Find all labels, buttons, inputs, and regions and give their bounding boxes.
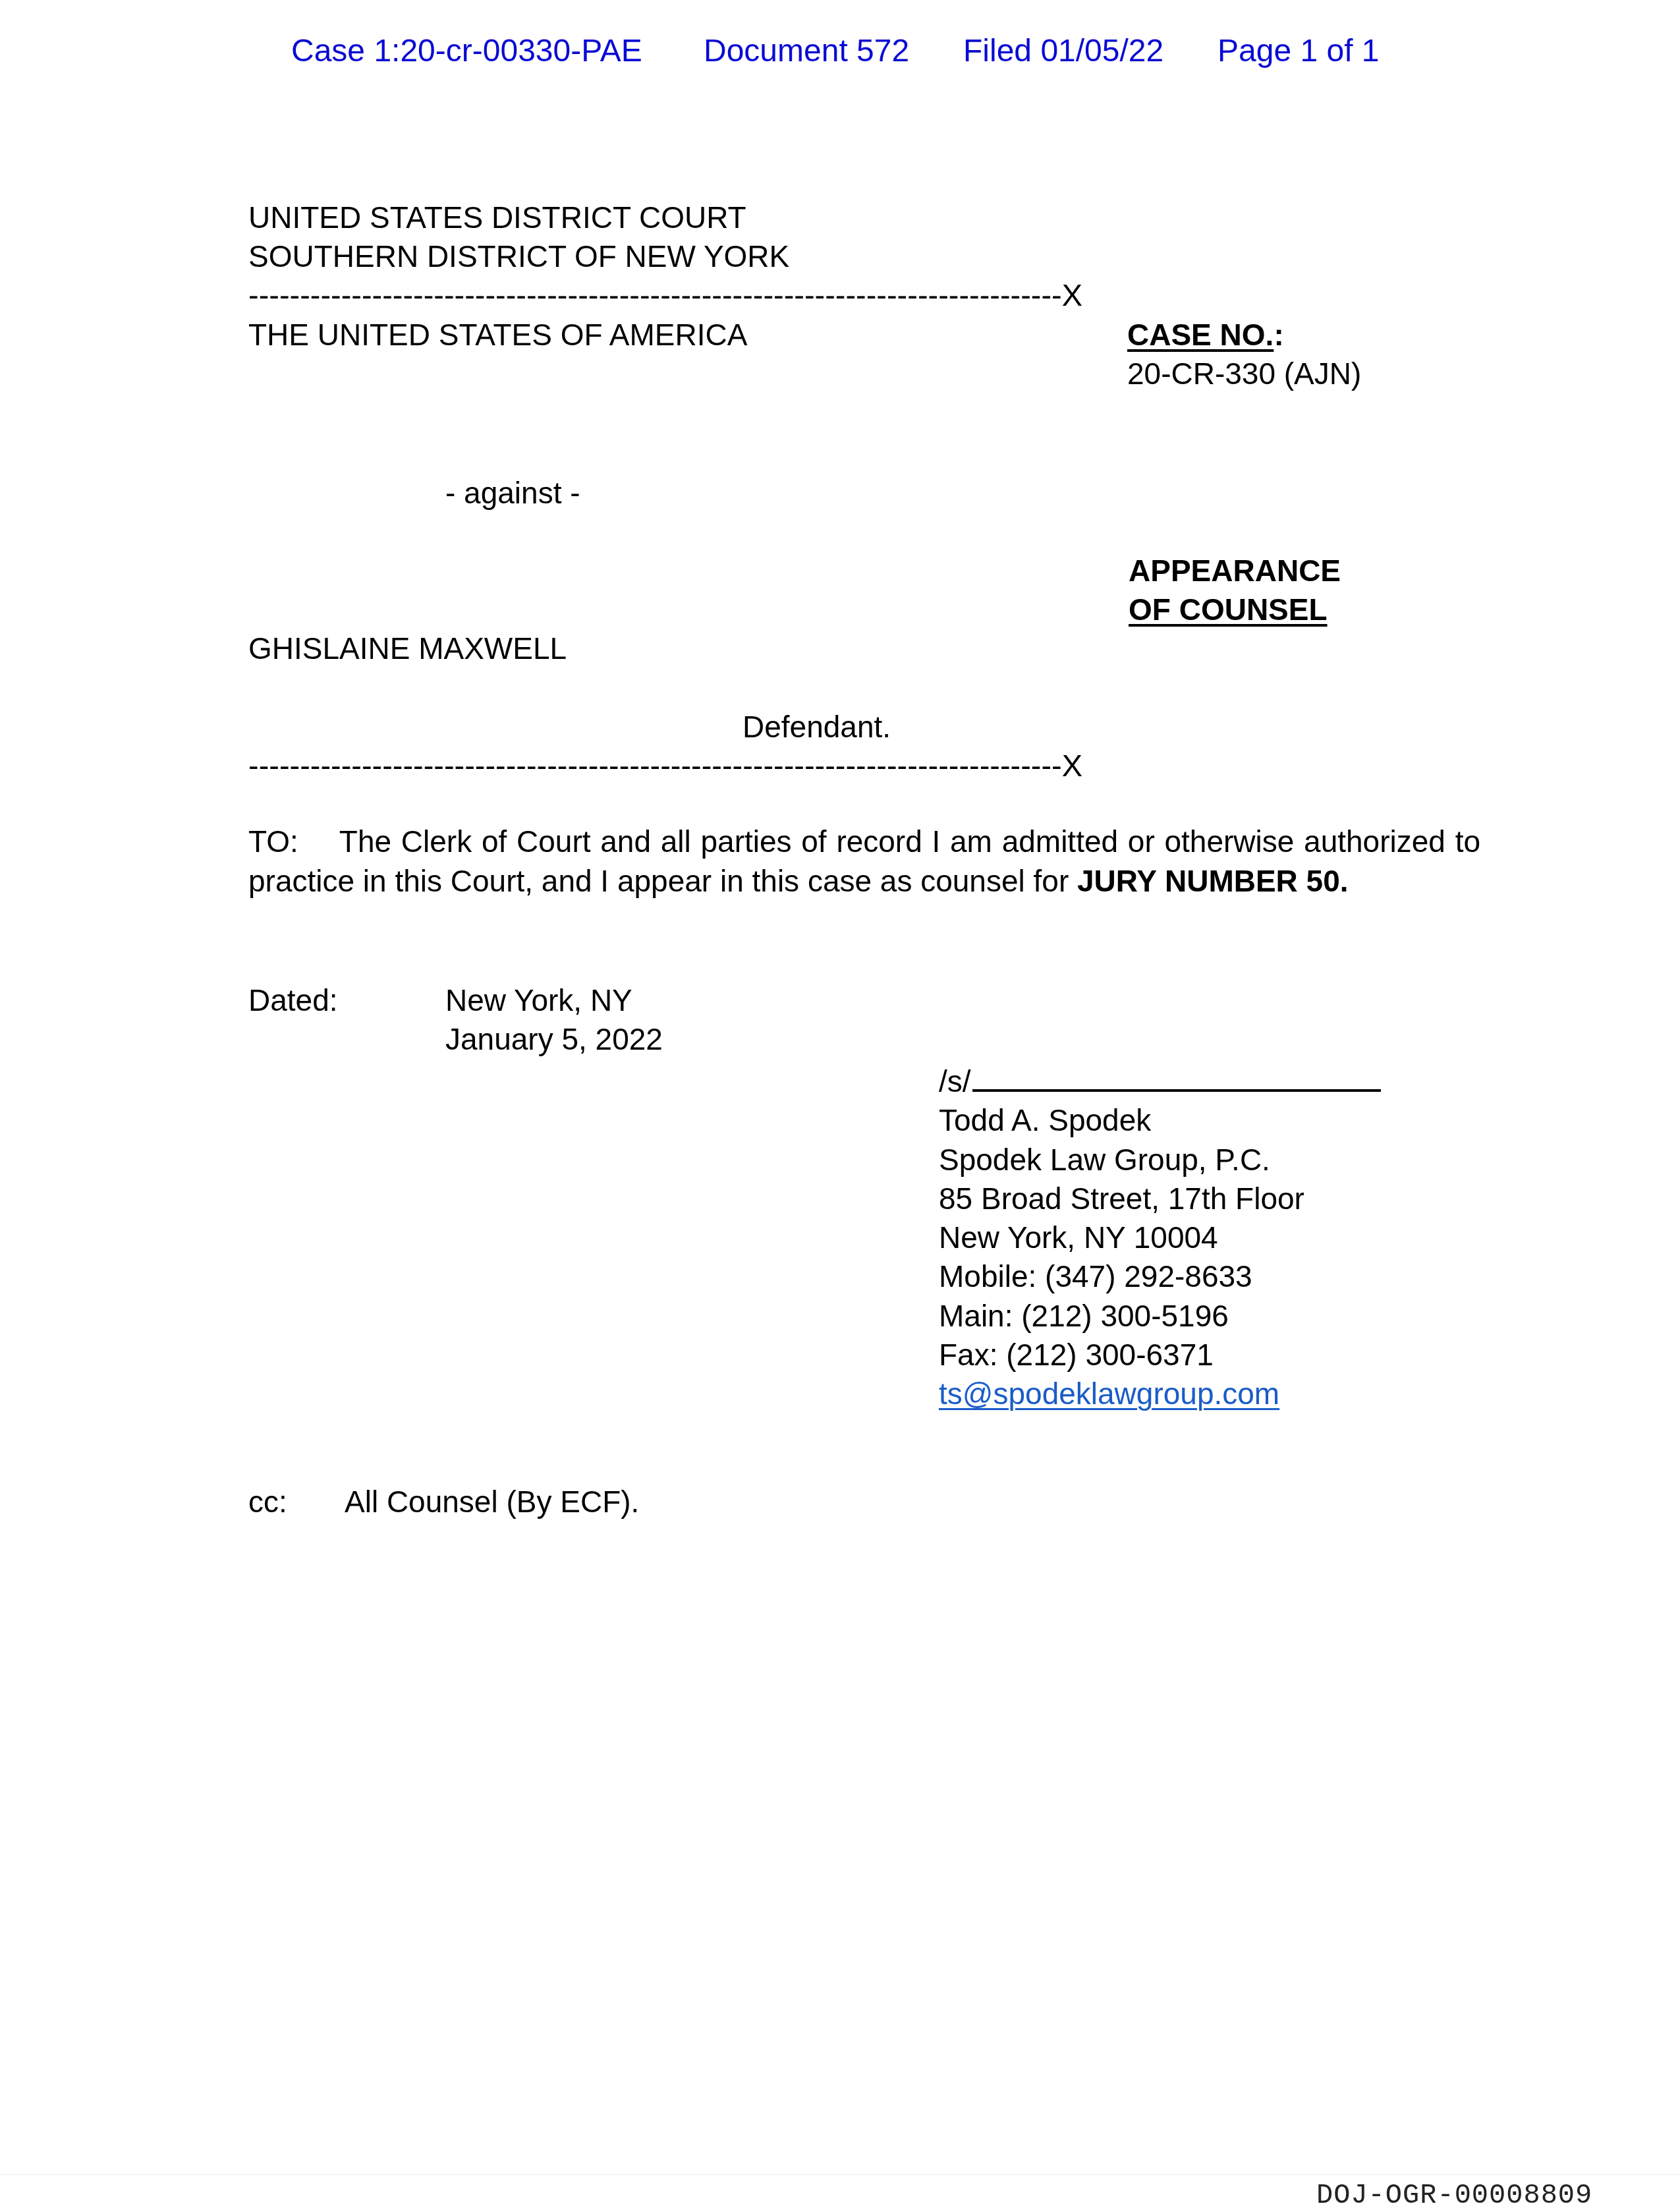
bates-number: DOJ-OGR-00008809 bbox=[1316, 2180, 1592, 2211]
document-title-line1: APPEARANCE bbox=[1129, 555, 1341, 586]
dated-place: New York, NY bbox=[445, 985, 632, 1015]
signature-underline bbox=[972, 1063, 1381, 1092]
case-number-label: CASE NO.: bbox=[1127, 320, 1284, 350]
ecf-document-number: Document 572 bbox=[704, 36, 909, 67]
document-title-line2: OF COUNSEL bbox=[1129, 594, 1328, 625]
address-line2: New York, NY 10004 bbox=[939, 1218, 1381, 1257]
case-number-label-text: CASE NO. bbox=[1127, 318, 1274, 352]
represented-party: JURY NUMBER 50. bbox=[1077, 864, 1349, 898]
court-district: SOUTHERN DISTRICT OF NEW YORK bbox=[248, 241, 789, 271]
footer-divider bbox=[0, 2174, 1680, 2175]
cc-recipients: All Counsel (By ECF). bbox=[345, 1487, 639, 1517]
ecf-case-number: Case 1:20-cr-00330-PAE bbox=[291, 36, 642, 67]
address-line1: 85 Broad Street, 17th Floor bbox=[939, 1179, 1381, 1218]
email-link[interactable]: ts@spodeklawgroup.com bbox=[939, 1376, 1279, 1411]
cc-label: cc: bbox=[248, 1487, 287, 1517]
signature-block: /s/ Todd A. Spodek Spodek Law Group, P.C… bbox=[939, 1062, 1381, 1414]
dated-label: Dated: bbox=[248, 985, 338, 1015]
dated-date: January 5, 2022 bbox=[445, 1024, 663, 1054]
case-number-colon: : bbox=[1274, 318, 1283, 352]
plaintiff-name: THE UNITED STATES OF AMERICA bbox=[248, 320, 747, 350]
mobile-phone: Mobile: (347) 292-8633 bbox=[939, 1257, 1381, 1296]
defendant-name: GHISLAINE MAXWELL bbox=[248, 633, 567, 664]
firm-name: Spodek Law Group, P.C. bbox=[939, 1141, 1381, 1179]
to-label: TO: bbox=[248, 824, 298, 859]
main-phone: Main: (212) 300-5196 bbox=[939, 1297, 1381, 1336]
defendant-label: Defendant. bbox=[742, 712, 891, 742]
against-label: - against - bbox=[445, 478, 580, 508]
signature-line: /s/ bbox=[939, 1062, 1381, 1101]
signature-prefix: /s/ bbox=[939, 1064, 971, 1098]
fax-number: Fax: (212) 300-6371 bbox=[939, 1336, 1381, 1375]
attorney-name: Todd A. Spodek bbox=[939, 1101, 1381, 1140]
ecf-filed-date: Filed 01/05/22 bbox=[963, 36, 1163, 67]
court-name: UNITED STATES DISTRICT COURT bbox=[248, 202, 746, 233]
caption-divider-top: ----------------------------------------… bbox=[248, 280, 1082, 310]
caption-divider-bottom: ----------------------------------------… bbox=[248, 751, 1082, 781]
appearance-paragraph: TO:The Clerk of Court and all parties of… bbox=[248, 822, 1480, 901]
case-number-value: 20-CR-330 (AJN) bbox=[1127, 358, 1361, 389]
ecf-page-count: Page 1 of 1 bbox=[1218, 36, 1380, 67]
